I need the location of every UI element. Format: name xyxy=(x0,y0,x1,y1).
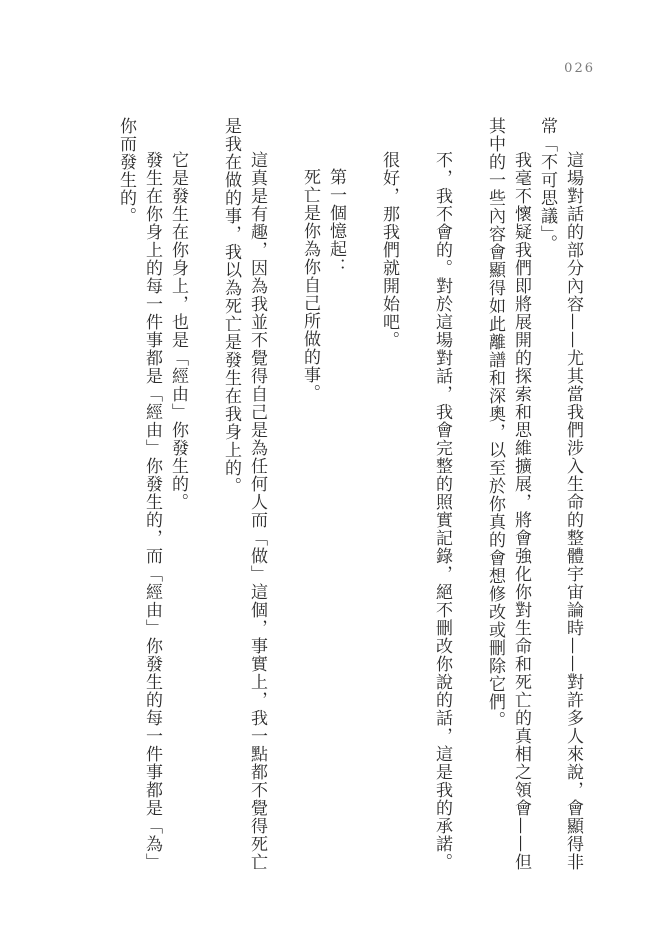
paragraph: 我毫不懷疑我們即將展開的探索和思維擴展，將會強化你對生命和死亡的真相之領會——但… xyxy=(482,117,534,873)
page-number: 026 xyxy=(564,61,595,76)
paragraph: 很好，那我們就開始吧。 xyxy=(376,117,402,873)
paragraph: 不，我不會的。對於這場對話，我會完整的照實記錄，絕不刪改你說的話，這是我的承諾。 xyxy=(429,117,455,873)
paragraph: 這真是有趣，因為我並不覺得自己是為任何人而「做」這個，事實上，我一點都不覺得死亡… xyxy=(218,117,270,873)
paragraph-remembrance-heading: 第一個憶起： xyxy=(323,117,349,873)
book-page: 026 這場對話的部分內容——尤其當我們涉入生命的整體宇宙論時——對許多人來說，… xyxy=(0,0,663,932)
paragraph: 發生在你身上的每一件事都是「經由」你發生的，而「經由」你發生的每一件事都是「為」… xyxy=(113,117,165,873)
paragraph: 它是發生在你身上，也是「經由」你發生的。 xyxy=(165,117,191,873)
text-area: 這場對話的部分內容——尤其當我們涉入生命的整體宇宙論時——對許多人來說，會顯得非… xyxy=(113,117,586,873)
paragraph: 這場對話的部分內容——尤其當我們涉入生命的整體宇宙論時——對許多人來說，會顯得非… xyxy=(534,117,586,873)
paragraph-remembrance: 死亡是你為你自己所做的事。 xyxy=(297,117,323,873)
